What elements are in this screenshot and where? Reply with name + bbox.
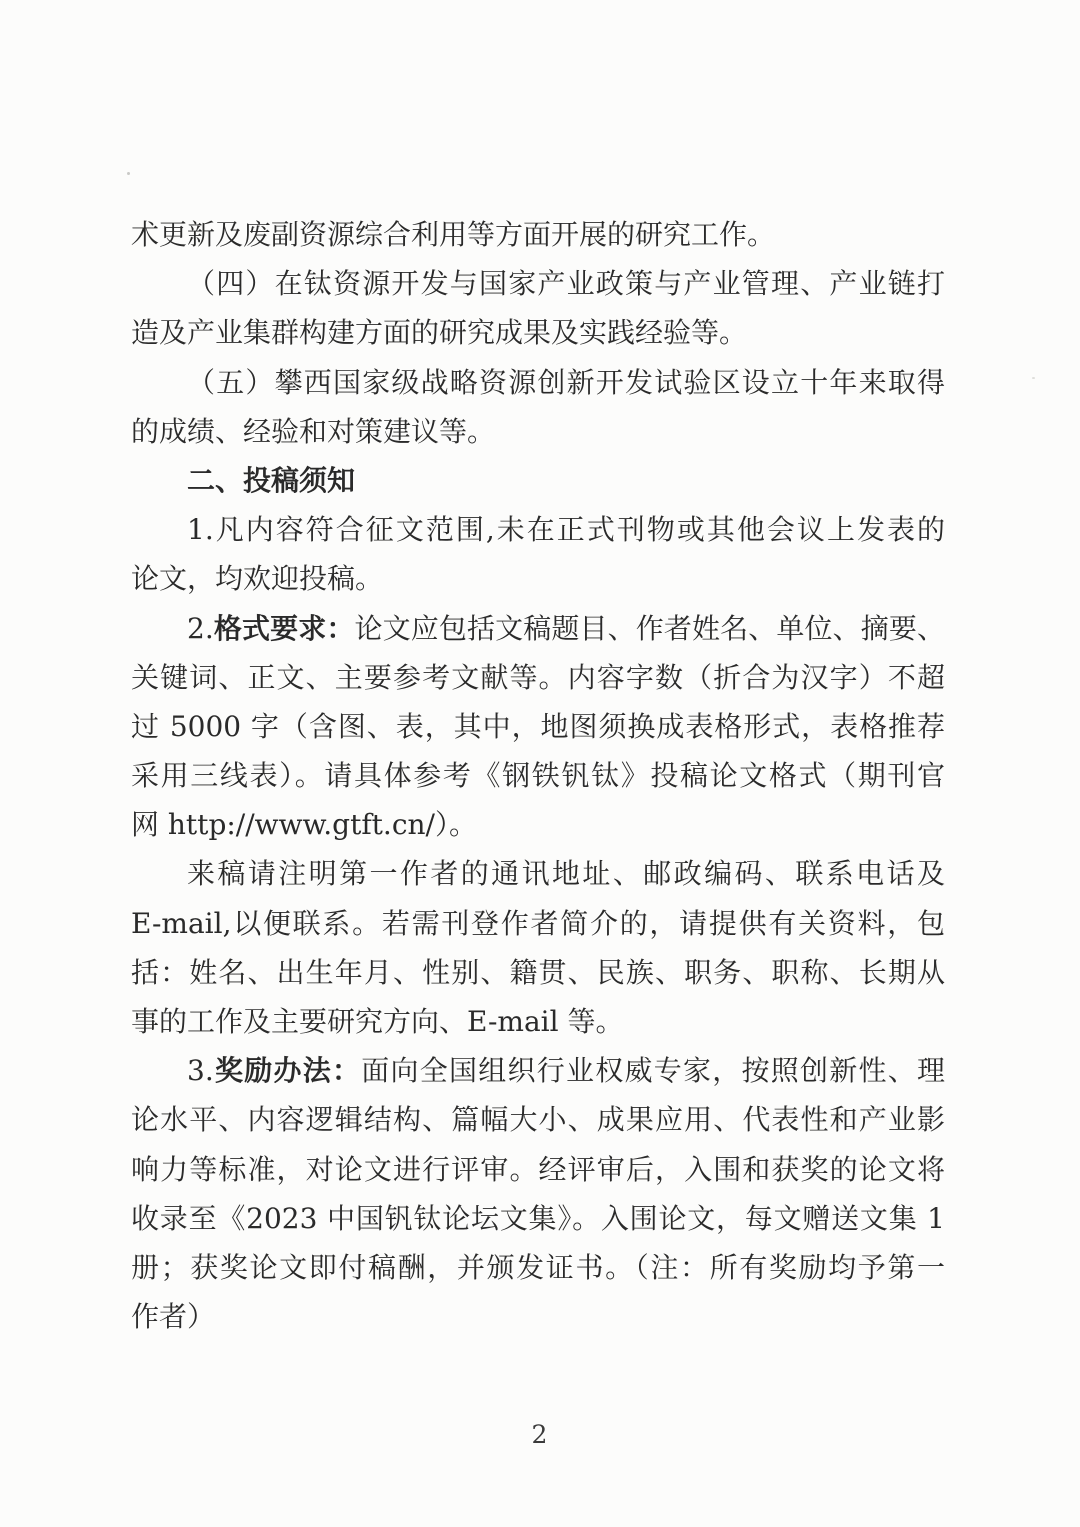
text-run: （四）在钛资源开发与国家产业政策与产业管理、产业链打 bbox=[187, 267, 945, 300]
text-run: 响力等标准，对论文进行评审。经评审后，入围和获奖的论文将 bbox=[131, 1153, 945, 1186]
text-line: （四）在钛资源开发与国家产业政策与产业管理、产业链打 bbox=[131, 259, 945, 308]
text-line: 收录至《2023 中国钒钛论坛文集》。入围论文，每文赠送文集 1 bbox=[131, 1194, 945, 1243]
text-line: 网 http://www.gtft.cn/）。 bbox=[131, 800, 945, 849]
text-line: 论水平、内容逻辑结构、篇幅大小、成果应用、代表性和产业影 bbox=[131, 1095, 945, 1144]
text-run: 网 http://www.gtft.cn/）。 bbox=[131, 808, 477, 841]
text-run: 关键词、正文、主要参考文献等。内容字数（折合为汉字）不超 bbox=[131, 661, 945, 694]
text-line: 的成绩、经验和对策建议等。 bbox=[131, 407, 945, 456]
text-line: 采用三线表）。请具体参考《钢铁钒钛》投稿论文格式（期刊官 bbox=[131, 751, 945, 800]
text-line: （五）攀西国家级战略资源创新开发试验区设立十年来取得 bbox=[131, 358, 945, 407]
text-line: 造及产业集群构建方面的研究成果及实践经验等。 bbox=[131, 308, 945, 357]
bold-text-run: 格式要求： bbox=[214, 612, 355, 645]
text-run: 论水平、内容逻辑结构、篇幅大小、成果应用、代表性和产业影 bbox=[131, 1103, 945, 1136]
text-run: 事的工作及主要研究方向、E-mail 等。 bbox=[131, 1005, 623, 1038]
text-run: 作者） bbox=[131, 1300, 215, 1333]
document-page: 术更新及废副资源综合利用等方面开展的研究工作。（四）在钛资源开发与国家产业政策与… bbox=[0, 0, 1080, 1527]
page-number: 2 bbox=[0, 1420, 1080, 1449]
scan-speck bbox=[127, 172, 130, 175]
text-line: 事的工作及主要研究方向、E-mail 等。 bbox=[131, 997, 945, 1046]
text-run: 术更新及废副资源综合利用等方面开展的研究工作。 bbox=[131, 218, 775, 251]
bold-text-run: 二、投稿须知 bbox=[187, 464, 355, 497]
text-line: 术更新及废副资源综合利用等方面开展的研究工作。 bbox=[131, 210, 945, 259]
text-line: 1.凡内容符合征文范围,未在正式刊物或其他会议上发表的 bbox=[131, 505, 945, 554]
text-run: 过 5000 字（含图、表，其中，地图须换成表格形式，表格推荐 bbox=[131, 710, 945, 743]
text-line: 册；获奖论文即付稿酬，并颁发证书。（注：所有奖励均予第一 bbox=[131, 1243, 945, 1292]
text-run: 册；获奖论文即付稿酬，并颁发证书。（注：所有奖励均予第一 bbox=[131, 1251, 945, 1284]
text-run: （五）攀西国家级战略资源创新开发试验区设立十年来取得 bbox=[187, 366, 945, 399]
text-run: 造及产业集群构建方面的研究成果及实践经验等。 bbox=[131, 316, 747, 349]
text-run: 采用三线表）。请具体参考《钢铁钒钛》投稿论文格式（期刊官 bbox=[131, 759, 945, 792]
text-run: 的成绩、经验和对策建议等。 bbox=[131, 415, 495, 448]
text-line: E-mail,以便联系。若需刊登作者简介的，请提供有关资料，包 bbox=[131, 899, 945, 948]
text-line: 作者） bbox=[131, 1292, 945, 1341]
document-body: 术更新及废副资源综合利用等方面开展的研究工作。（四）在钛资源开发与国家产业政策与… bbox=[131, 210, 945, 1341]
text-line: 3.奖励办法：面向全国组织行业权威专家，按照创新性、理 bbox=[131, 1046, 945, 1095]
text-line: 论文，均欢迎投稿。 bbox=[131, 554, 945, 603]
text-run: 来稿请注明第一作者的通讯地址、邮政编码、联系电话及 bbox=[187, 857, 945, 890]
text-run: 论文应包括文稿题目、作者姓名、单位、摘要、 bbox=[354, 612, 945, 645]
text-line: 括：姓名、出生年月、性别、籍贯、民族、职务、职称、长期从 bbox=[131, 948, 945, 997]
text-line: 二、投稿须知 bbox=[131, 456, 945, 505]
text-line: 关键词、正文、主要参考文献等。内容字数（折合为汉字）不超 bbox=[131, 653, 945, 702]
text-line: 响力等标准，对论文进行评审。经评审后，入围和获奖的论文将 bbox=[131, 1145, 945, 1194]
bold-text-run: 奖励办法： bbox=[214, 1054, 362, 1087]
text-run: 括：姓名、出生年月、性别、籍贯、民族、职务、职称、长期从 bbox=[131, 956, 945, 989]
text-run: 论文，均欢迎投稿。 bbox=[131, 562, 383, 595]
text-run: 2. bbox=[187, 612, 214, 645]
scan-speck bbox=[1032, 377, 1035, 379]
text-run: E-mail,以便联系。若需刊登作者简介的，请提供有关资料，包 bbox=[131, 907, 945, 940]
text-run: 1.凡内容符合征文范围,未在正式刊物或其他会议上发表的 bbox=[187, 513, 945, 546]
text-line: 过 5000 字（含图、表，其中，地图须换成表格形式，表格推荐 bbox=[131, 702, 945, 751]
text-line: 来稿请注明第一作者的通讯地址、邮政编码、联系电话及 bbox=[131, 849, 945, 898]
text-run: 面向全国组织行业权威专家，按照创新性、理 bbox=[361, 1054, 945, 1087]
text-line: 2.格式要求：论文应包括文稿题目、作者姓名、单位、摘要、 bbox=[131, 604, 945, 653]
text-run: 3. bbox=[187, 1054, 214, 1087]
text-run: 收录至《2023 中国钒钛论坛文集》。入围论文，每文赠送文集 1 bbox=[131, 1202, 945, 1235]
